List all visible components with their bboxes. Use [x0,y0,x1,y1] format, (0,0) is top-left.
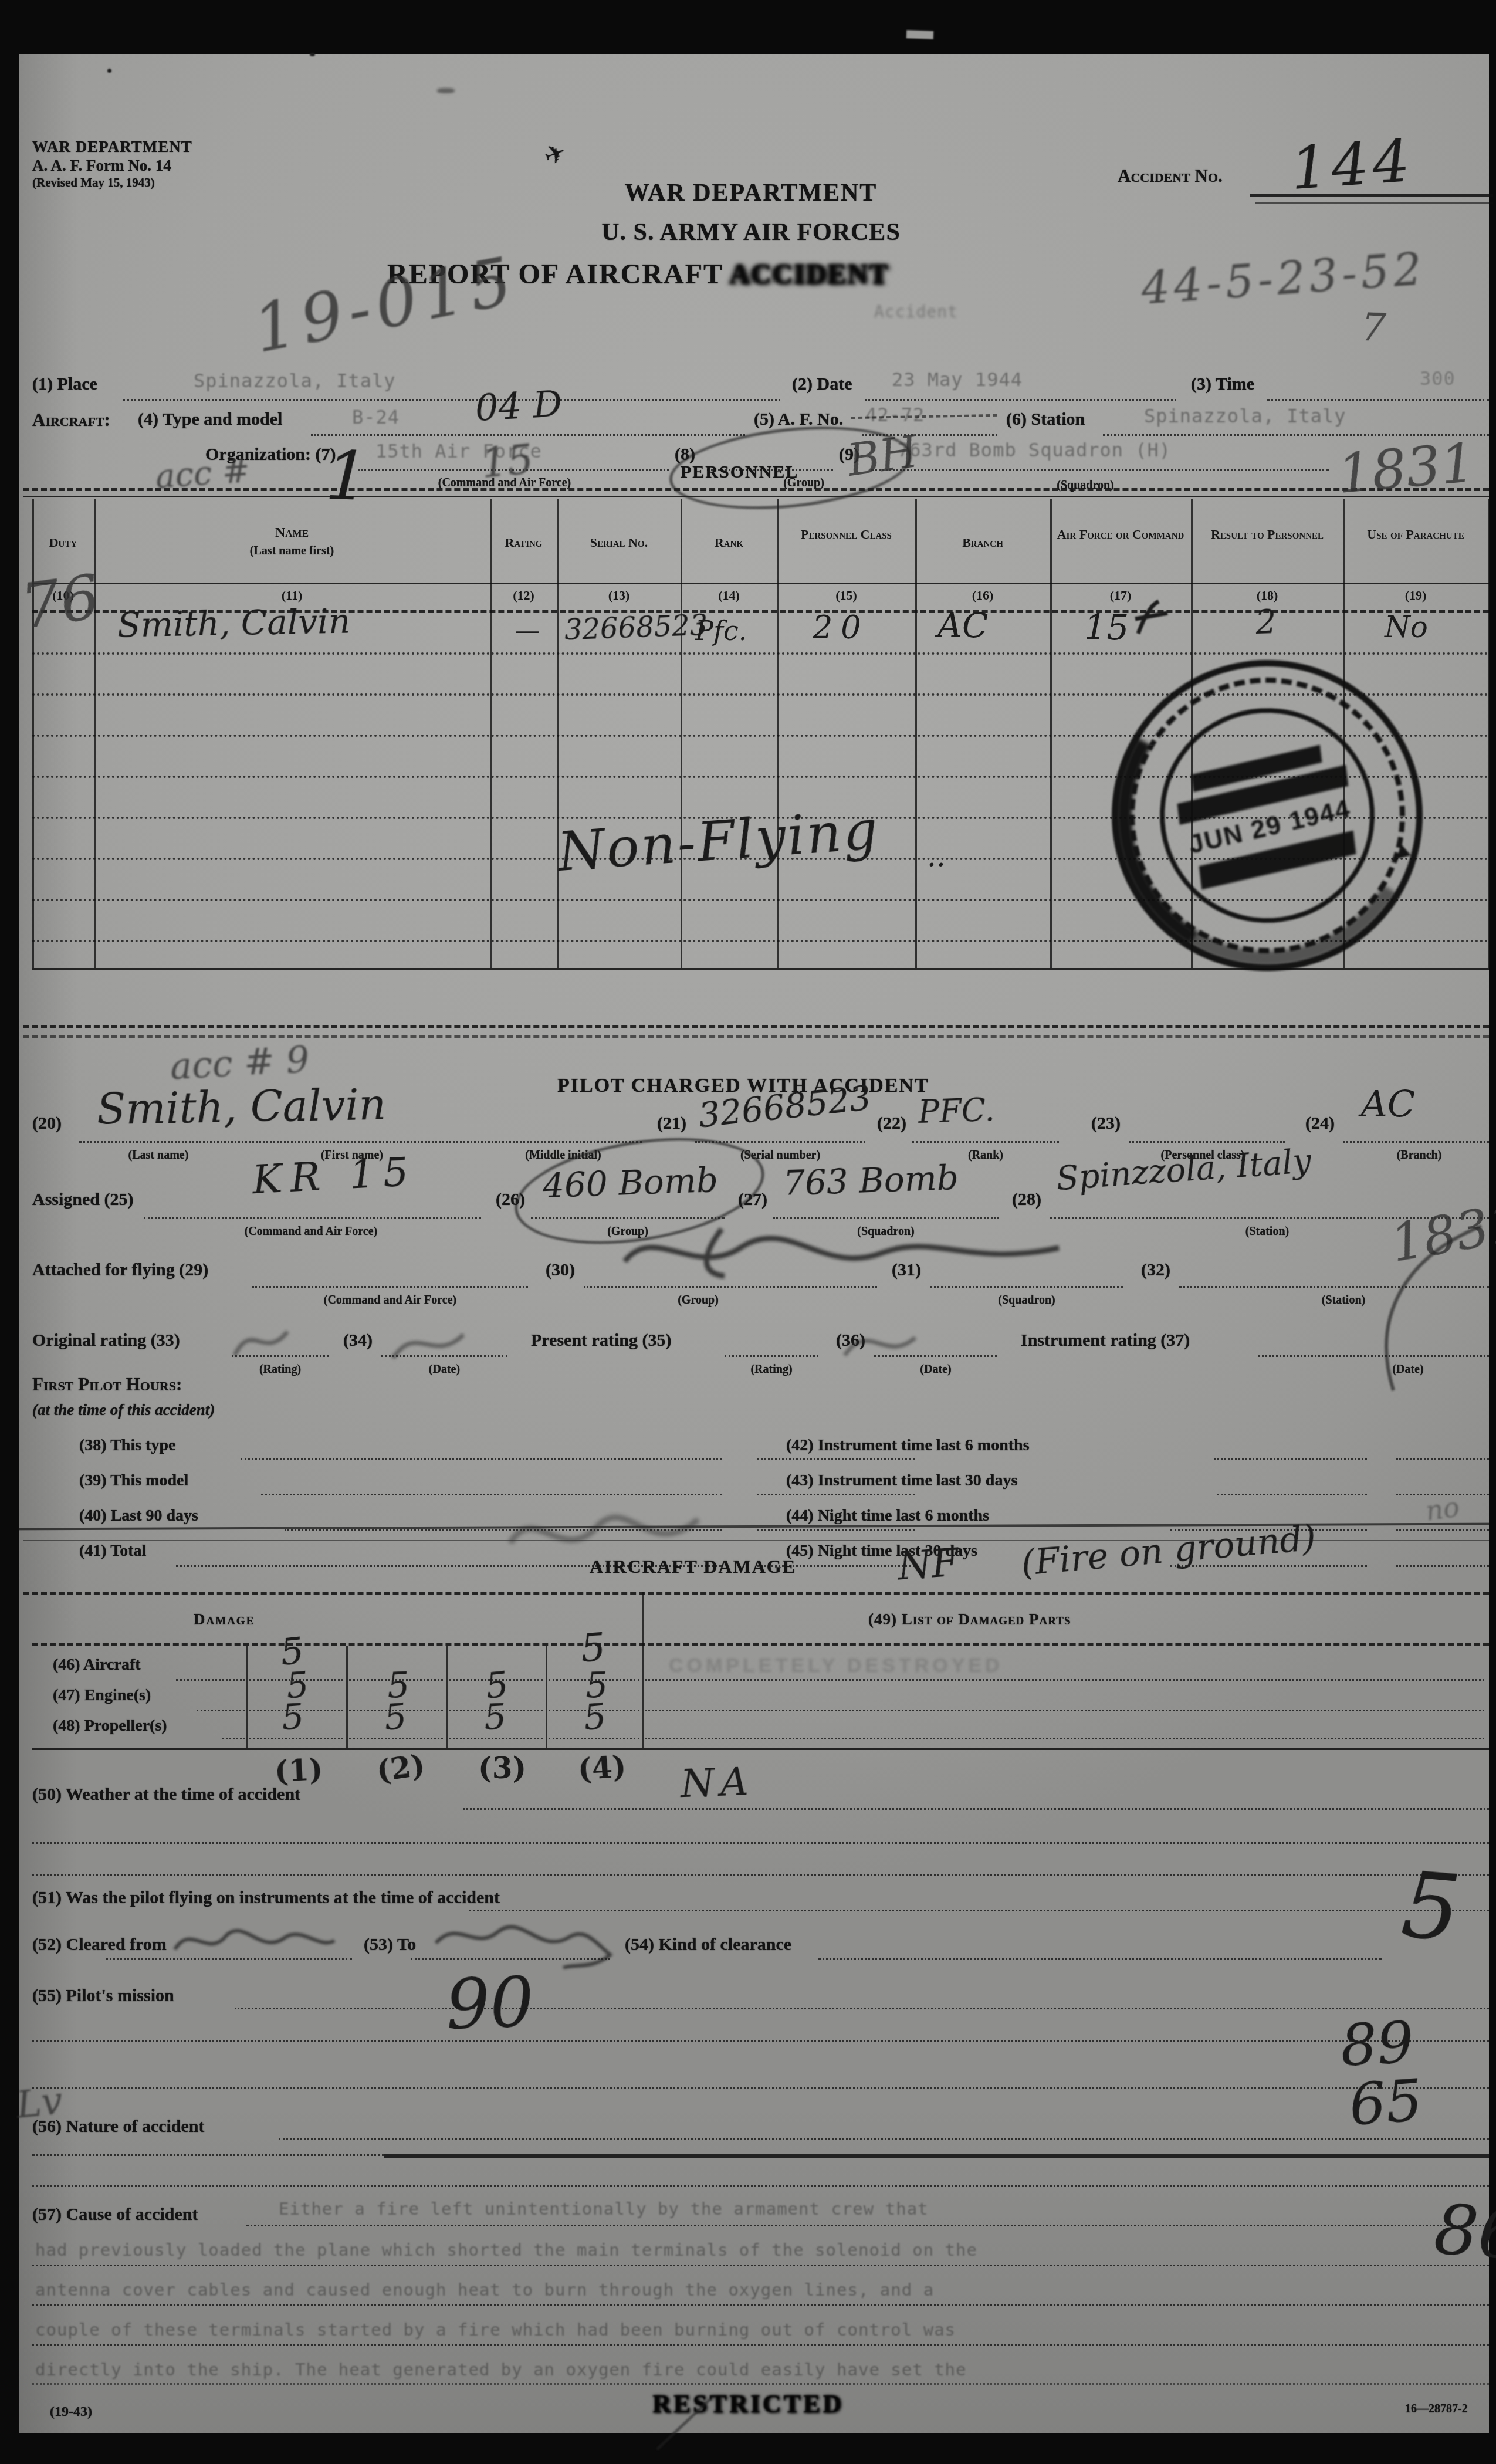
hours-43-label: (43) Instrument time last 30 days [786,1471,1017,1490]
col-num-19: (19) [1343,588,1488,603]
f50-line [463,1808,1489,1810]
damage-col-right-header: (49) List of Damaged Parts [868,1610,1071,1629]
field9-handwritten: 1831 [1335,431,1478,506]
accident-no-handwritten: 144 [1288,126,1416,203]
original-rating-label: Original rating (33) [32,1331,180,1351]
damage-right-line [645,1738,1484,1739]
f52-scrawl [170,1917,340,1970]
cause-line-3: antenna cover cables and caused enough h… [35,2280,934,2300]
field-place-value: Spinazzola, Italy [194,370,396,392]
col-header-serial: Serial No. [557,535,681,550]
field-date-value: 23 May 1944 [892,368,1023,391]
hours-38-line [241,1458,722,1460]
col-num-11: (11) [94,588,490,603]
f54-line [818,1958,1382,1960]
damage-subheader-rule [32,1643,1489,1646]
f30-label: (30) [546,1260,575,1280]
col-num-13: (13) [557,588,681,603]
f27-handwritten: 763 Bomb [783,1157,959,1203]
hours-39-label: (39) This model [79,1471,188,1490]
damage-col-left-header: Damage [194,1610,255,1629]
f29-line [252,1286,528,1288]
damage-grid-line [546,1646,547,1748]
filler-line [32,2087,1489,2089]
section-rule [23,1025,1489,1028]
hours-41-label: (41) Total [79,1542,146,1561]
field-date-line [865,399,1176,401]
f52-label: (52) Cleared from [32,1935,167,1955]
form-corner-line3: (Revised May 15, 1943) [32,175,155,190]
attached-label: Attached for flying (29) [32,1260,208,1280]
damage-47-label: (47) Engine(s) [53,1686,151,1705]
field-afno-typed: 42-72 [865,404,925,426]
hours-45-line2 [1396,1565,1489,1567]
f31-sub: (Squadron) [956,1294,1097,1307]
f56-handwritten-b: 65 [1347,2067,1424,2139]
hours-38-line2 [757,1458,915,1460]
f23-line [1129,1141,1285,1143]
personnel-command-value: 15 [1084,607,1129,648]
f57-handwritten: 86 [1431,2188,1496,2275]
damage-right-line [645,1710,1484,1711]
page-number-handwritten: 7 [1360,304,1387,351]
col-header-duty: Duty [32,535,94,550]
title-ghost-smear: Accident [874,302,958,321]
damage-48-leader [222,1738,245,1739]
field-station-value: Spinazzola, Italy [1144,405,1346,427]
filler-line [32,2185,1489,2187]
field-time-label: (3) Time [1191,374,1254,394]
pencil-scrawl-faint [499,1484,710,1584]
damage-right-line [645,1679,1484,1681]
f24-label: (24) [1305,1113,1335,1133]
title-usaaf: U. S. ARMY AIR FORCES [575,218,927,246]
f55-line [235,2008,1489,2009]
ink-speck [310,53,315,56]
form-corner-line2: A. A. F. Form No. 14 [32,157,171,175]
cause-line-2: had previously loaded the plane which sh… [35,2240,977,2260]
field-type-label: (4) Type and model [138,409,282,429]
acc9-annotation: acc # 9 [169,1038,310,1088]
personnel-result-value: 2 [1254,603,1277,642]
field9-sub-caption: (Squadron) [1021,479,1150,492]
f28-handwritten: Spinzzola, Italy [1055,1142,1312,1198]
damage-faint-stamp: COMPLETELY DESTROYED [669,1654,1003,1677]
plane-doodle-icon: ✈ [540,137,571,172]
f25-sub: (Command and Air Force) [164,1225,458,1238]
field9-value: 763rd Bomb Squadron (H) [898,439,1171,461]
hours-38-label: (38) This type [79,1436,175,1455]
field-time-value: 300 [1420,367,1456,390]
f20-label: (20) [32,1113,62,1133]
damage-48-cell2: 5 [383,1695,408,1738]
filler-line [32,2040,1489,2042]
pencil-ticks [223,1308,927,1373]
instrument-rating-label: Instrument rating (37) [1021,1331,1190,1351]
field-station-label: (6) Station [1006,409,1085,429]
col-header-name: Name [94,525,490,540]
personnel-rating-value: — [515,616,540,645]
f51-line [469,1910,1489,1911]
field-type-typed: B-24 [352,406,400,428]
f53-label: (53) To [364,1935,416,1955]
cause-rule [32,2344,1489,2346]
f30-sub: (Group) [634,1294,763,1307]
damage-48-label: (48) Propeller(s) [53,1717,167,1735]
f24-handwritten: AC [1361,1082,1415,1125]
damage-fire-handwritten: (Fire on ground) [1020,1517,1318,1584]
personnel-parachute-value: No [1385,610,1428,644]
col-header-class: Personnel Class [777,527,915,542]
table-col-line [557,499,559,968]
damage-footer-3: (3) [478,1751,526,1785]
damage-46-leader [176,1679,245,1681]
col-header-branch: Branch [915,535,1050,550]
pencil-superscript-mark [1132,598,1173,645]
col-num-16: (16) [915,588,1050,603]
personnel-branch-value: AC [937,605,988,645]
cause-line-5: directly into the ship. The heat generat… [35,2360,967,2380]
f24-line [1343,1141,1489,1143]
field-time-line [1267,399,1489,401]
table-col-line [681,499,682,968]
f51-label: (51) Was the pilot flying on instruments… [32,1888,500,1908]
damage-footer-1: (1) [274,1752,324,1789]
pencil-scrawl-same [616,1217,1074,1294]
hours-44-line2 [1396,1529,1489,1531]
f50-handwritten: NA [680,1759,755,1806]
hours-42-line [1214,1458,1367,1460]
f57-label: (57) Cause of accident [32,2205,198,2225]
cause-line-1: Either a fire left unintentionally by th… [279,2199,929,2219]
hours-44-label: (44) Night time last 6 months [786,1507,989,1525]
f29-sub: (Command and Air Force) [246,1294,534,1307]
f25-handwritten: KR 15 [251,1149,418,1204]
assigned-label: Assigned (25) [32,1190,134,1210]
cause-rule [32,2383,1489,2385]
filler-line [32,1874,1489,1876]
case-number-handwritten: 19-015 [248,242,524,368]
pencil-curve [1338,1220,1490,1396]
damage-header-rule [23,1592,1489,1595]
f54-handwritten: 5 [1397,1852,1464,1962]
hours-subtitle: (at the time of this accident) [32,1401,215,1419]
accident-no-line2 [1255,202,1493,204]
f50-label: (50) Weather at the time of accident [32,1785,300,1805]
hours-no-annotation: no [1424,1491,1461,1527]
f32-label: (32) [1141,1260,1170,1280]
title-report-smudged-word: ACCIDENT [730,259,889,290]
damage-46-label: (46) Aircraft [53,1656,141,1674]
personnel-rank-value: Pfc. [695,615,747,647]
received-stamp: JUN 29 1944 ▲ [1079,627,1456,1004]
f56-line [279,2138,1489,2140]
half-line-dotted [32,2154,384,2156]
damage-nf-handwritten: NF [896,1539,960,1589]
field-type-handwritten: 04 D [474,382,563,429]
damage-footer-4: (4) [577,1749,627,1787]
field-date-label: (2) Date [792,374,852,394]
scanned-accident-report-page: ✈ WAR DEPARTMENT A. A. F. Form No. 14 (R… [0,0,1496,2464]
field-place-line [123,399,780,401]
ink-smudge [437,88,455,93]
cause-rule [32,2304,1489,2306]
f28-sub: (Station) [1203,1225,1332,1238]
cause-line-4: couple of these terminals started by a f… [35,2320,956,2340]
f20-line [79,1141,642,1143]
damage-cell-line [249,1738,343,1739]
title-war-department: WAR DEPARTMENT [587,179,915,207]
col-num-18: (18) [1191,588,1343,603]
acc-number-annotation: acc # [154,451,251,496]
aircraft-prefix-label: Aircraft: [32,409,110,431]
col-num-12: (12) [490,588,557,603]
margin-annotation: 76 [16,561,104,642]
f22-label: (22) [877,1113,906,1133]
hours-40-label: (40) Last 90 days [79,1507,198,1525]
table-header-rule [32,583,1489,584]
damage-46-cell4: 5 [579,1624,607,1671]
col-header-result: Result to Personnel [1191,527,1343,542]
pencil-diagonal-mark [651,2397,716,2452]
table-col-line [777,499,779,968]
damage-divider-line [642,1592,644,1748]
hours-43-line [1217,1494,1367,1495]
f20-sub1: (Last name) [88,1149,229,1162]
col-header-rating: Rating [490,535,557,550]
form-corner-line1: WAR DEPARTMENT [32,138,192,156]
non-flying-annotation: Non-Flying [556,798,881,884]
non-flying-marks: ·· [927,848,946,882]
damage-bottom-rule [32,1748,1489,1750]
half-line-solid [384,2154,1489,2158]
col-header-name-sub: (Last name first) [94,544,490,558]
file-number-handwritten: 44-5-23-52 [1139,242,1427,314]
col-header-parachute: Use of Parachute [1343,527,1488,542]
damage-48-cell3: 5 [483,1696,507,1738]
hours-title: First Pilot Hours: [32,1374,182,1395]
col-num-15: (15) [777,588,915,603]
filler-line [32,1842,1489,1844]
table-col-line [915,499,917,968]
hours-42-label: (42) Instrument time last 6 months [786,1436,1030,1455]
f28-label: (28) [1012,1190,1041,1210]
f54-label: (54) Kind of clearance [625,1935,791,1955]
document-content: ✈ WAR DEPARTMENT A. A. F. Form No. 14 (R… [0,0,1496,2464]
cause-rule [246,2225,1489,2226]
f25-line [144,1217,481,1219]
damage-footer-2: (2) [374,1748,427,1789]
hours-42-line2 [1396,1458,1489,1460]
col-header-rank: Rank [681,535,777,550]
footer-left-code: (19-43) [50,2404,92,2420]
hours-40-line2 [757,1529,915,1531]
col-header-command: Air Force or Command [1050,527,1191,542]
f20-handwritten: Smith, Calvin [96,1080,386,1135]
f22-line [912,1141,1059,1143]
ink-speck [107,69,111,73]
table-col-line [1050,499,1052,968]
f24-sub: (Branch) [1349,1149,1489,1162]
damage-grid-line [246,1646,248,1748]
field9-line [871,469,1329,471]
hours-39-line2 [757,1494,915,1495]
col-num-14: (14) [681,588,777,603]
f21-label: (21) [657,1113,686,1133]
damage-cell-line [449,1738,543,1739]
accident-no-label: Accident No. [1118,165,1223,187]
acc-number-digit: 1 [324,436,370,516]
damage-48-cell1: 5 [280,1696,306,1738]
damage-grid-line [346,1646,348,1748]
command-annotation: 15 [479,435,536,488]
f23-label: (23) [1091,1113,1121,1133]
table-col-line [490,499,492,968]
footer-print-code: 16—28787-2 [1405,2402,1468,2416]
f53-scrawl [431,1914,619,1984]
margin-scrawl: Lv [14,2079,65,2127]
field-place-label: (1) Place [32,374,97,394]
damage-48-cell4: 5 [582,1695,608,1738]
table-col-line [1488,499,1490,968]
personnel-serial-value: 32668523 [564,609,708,647]
f22-handwritten: PFC. [918,1091,995,1131]
personnel-class-value: 20 [813,609,869,646]
damage-47-leader [197,1710,245,1711]
damage-cell-line [549,1738,639,1739]
cause-rule [32,2265,1489,2266]
f55-label: (55) Pilot's mission [32,1986,174,2006]
damage-cell-line [349,1738,443,1739]
section-rule2 [23,1035,1489,1038]
personnel-name-value: Smith, Calvin [117,601,350,645]
damage-grid-line [446,1646,448,1748]
